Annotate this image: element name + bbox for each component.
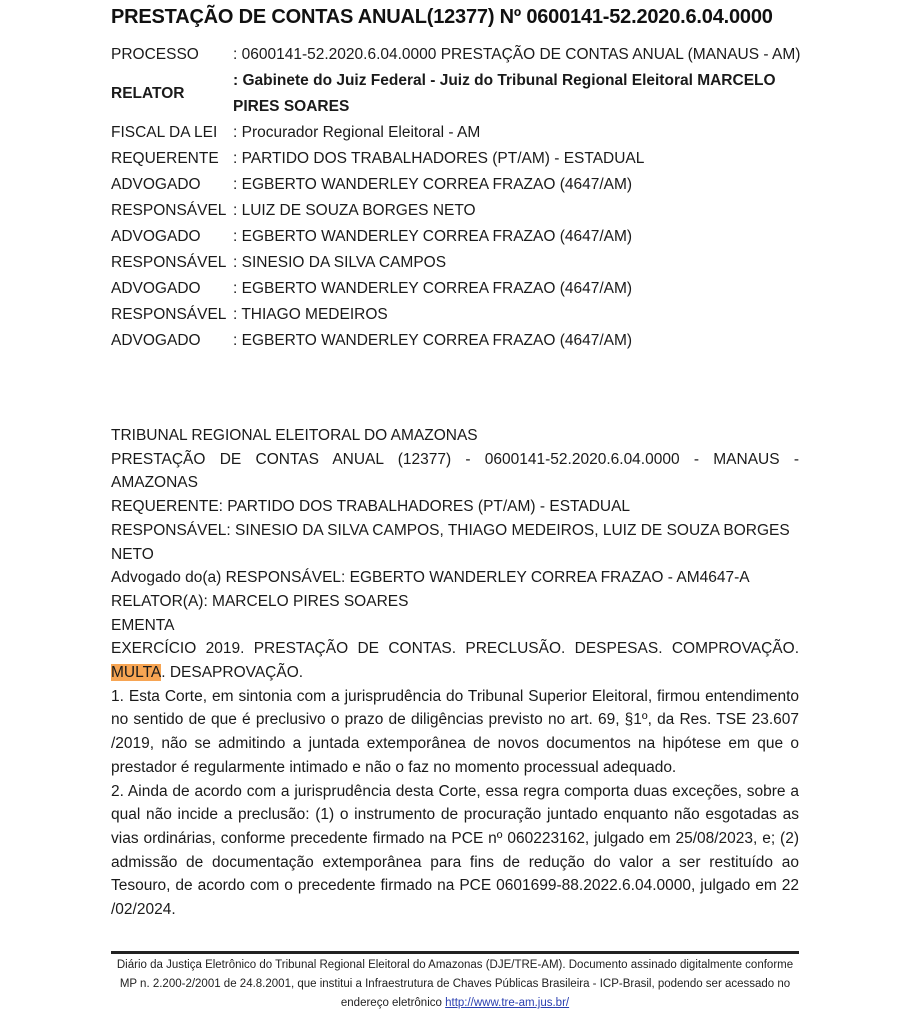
meta-value: : Procurador Regional Eleitoral - AM — [233, 120, 811, 146]
ementa-summary: EXERCÍCIO 2019. PRESTAÇÃO DE CONTAS. PRE… — [111, 637, 799, 684]
case-line: PRESTAÇÃO DE CONTAS ANUAL (12377) - 0600… — [111, 448, 799, 495]
meta-row-responsavel: RESPONSÁVEL : THIAGO MEDEIROS — [111, 302, 811, 328]
meta-label: RESPONSÁVEL — [111, 198, 233, 224]
meta-value: : PARTIDO DOS TRABALHADORES (PT/AM) - ES… — [233, 146, 811, 172]
relator-line: RELATOR(A): MARCELO PIRES SOARES — [111, 590, 799, 614]
meta-label: ADVOGADO — [111, 172, 233, 198]
meta-label: FISCAL DA LEI — [111, 120, 233, 146]
meta-value: : EGBERTO WANDERLEY CORREA FRAZAO (4647/… — [233, 172, 811, 198]
footer-link[interactable]: http://www.tre-am.jus.br/ — [445, 997, 569, 1009]
ementa-pre: EXERCÍCIO 2019. PRESTAÇÃO DE CONTAS. PRE… — [111, 640, 799, 657]
meta-row-requerente: REQUERENTE : PARTIDO DOS TRABALHADORES (… — [111, 146, 811, 172]
decision-body: TRIBUNAL REGIONAL ELEITORAL DO AMAZONAS … — [111, 424, 799, 922]
meta-label: ADVOGADO — [111, 276, 233, 302]
court-name: TRIBUNAL REGIONAL ELEITORAL DO AMAZONAS — [111, 424, 799, 448]
meta-row-advogado: ADVOGADO : EGBERTO WANDERLEY CORREA FRAZ… — [111, 224, 811, 250]
meta-row-fiscal: FISCAL DA LEI : Procurador Regional Elei… — [111, 120, 811, 146]
advogado-line: Advogado do(a) RESPONSÁVEL: EGBERTO WAND… — [111, 566, 799, 590]
document-page: PRESTAÇÃO DE CONTAS ANUAL(12377) Nº 0600… — [0, 0, 914, 1024]
meta-label: ADVOGADO — [111, 224, 233, 250]
meta-row-relator: RELATOR : Gabinete do Juiz Federal - Jui… — [111, 68, 811, 120]
meta-label: RESPONSÁVEL — [111, 250, 233, 276]
meta-value: : 0600141-52.2020.6.04.0000 PRESTAÇÃO DE… — [233, 42, 811, 68]
ementa-post: . DESAPROVAÇÃO. — [161, 664, 303, 681]
footer-divider — [111, 951, 799, 954]
document-title: PRESTAÇÃO DE CONTAS ANUAL(12377) Nº 0600… — [111, 6, 811, 29]
meta-value: : THIAGO MEDEIROS — [233, 302, 811, 328]
meta-row-responsavel: RESPONSÁVEL : SINESIO DA SILVA CAMPOS — [111, 250, 811, 276]
meta-label: RESPONSÁVEL — [111, 302, 233, 328]
case-metadata: PROCESSO : 0600141-52.2020.6.04.0000 PRE… — [111, 42, 811, 354]
paragraph-1: 1. Esta Corte, em sintonia com a jurispr… — [111, 685, 799, 780]
meta-row-advogado: ADVOGADO : EGBERTO WANDERLEY CORREA FRAZ… — [111, 172, 811, 198]
meta-label: PROCESSO — [111, 42, 233, 68]
meta-value: : EGBERTO WANDERLEY CORREA FRAZAO (4647/… — [233, 224, 811, 250]
highlighted-term: MULTA — [111, 664, 161, 681]
meta-label: ADVOGADO — [111, 328, 233, 354]
meta-label: REQUERENTE — [111, 146, 233, 172]
meta-value: : SINESIO DA SILVA CAMPOS — [233, 250, 811, 276]
requerente-line: REQUERENTE: PARTIDO DOS TRABALHADORES (P… — [111, 495, 799, 519]
meta-label: RELATOR — [111, 68, 233, 120]
meta-row-advogado: ADVOGADO : EGBERTO WANDERLEY CORREA FRAZ… — [111, 328, 811, 354]
meta-row-advogado: ADVOGADO : EGBERTO WANDERLEY CORREA FRAZ… — [111, 276, 811, 302]
meta-row-responsavel: RESPONSÁVEL : LUIZ DE SOUZA BORGES NETO — [111, 198, 811, 224]
meta-row-processo: PROCESSO : 0600141-52.2020.6.04.0000 PRE… — [111, 42, 811, 68]
footer: Diário da Justiça Eletrônico do Tribunal… — [111, 956, 799, 1013]
meta-value: : LUIZ DE SOUZA BORGES NETO — [233, 198, 811, 224]
responsavel-line: RESPONSÁVEL: SINESIO DA SILVA CAMPOS, TH… — [111, 519, 799, 566]
meta-value: : EGBERTO WANDERLEY CORREA FRAZAO (4647/… — [233, 276, 811, 302]
meta-value: : EGBERTO WANDERLEY CORREA FRAZAO (4647/… — [233, 328, 811, 354]
paragraph-2: 2. Ainda de acordo com a jurisprudência … — [111, 780, 799, 922]
ementa-label: EMENTA — [111, 614, 799, 638]
meta-value: : Gabinete do Juiz Federal - Juiz do Tri… — [233, 68, 811, 120]
